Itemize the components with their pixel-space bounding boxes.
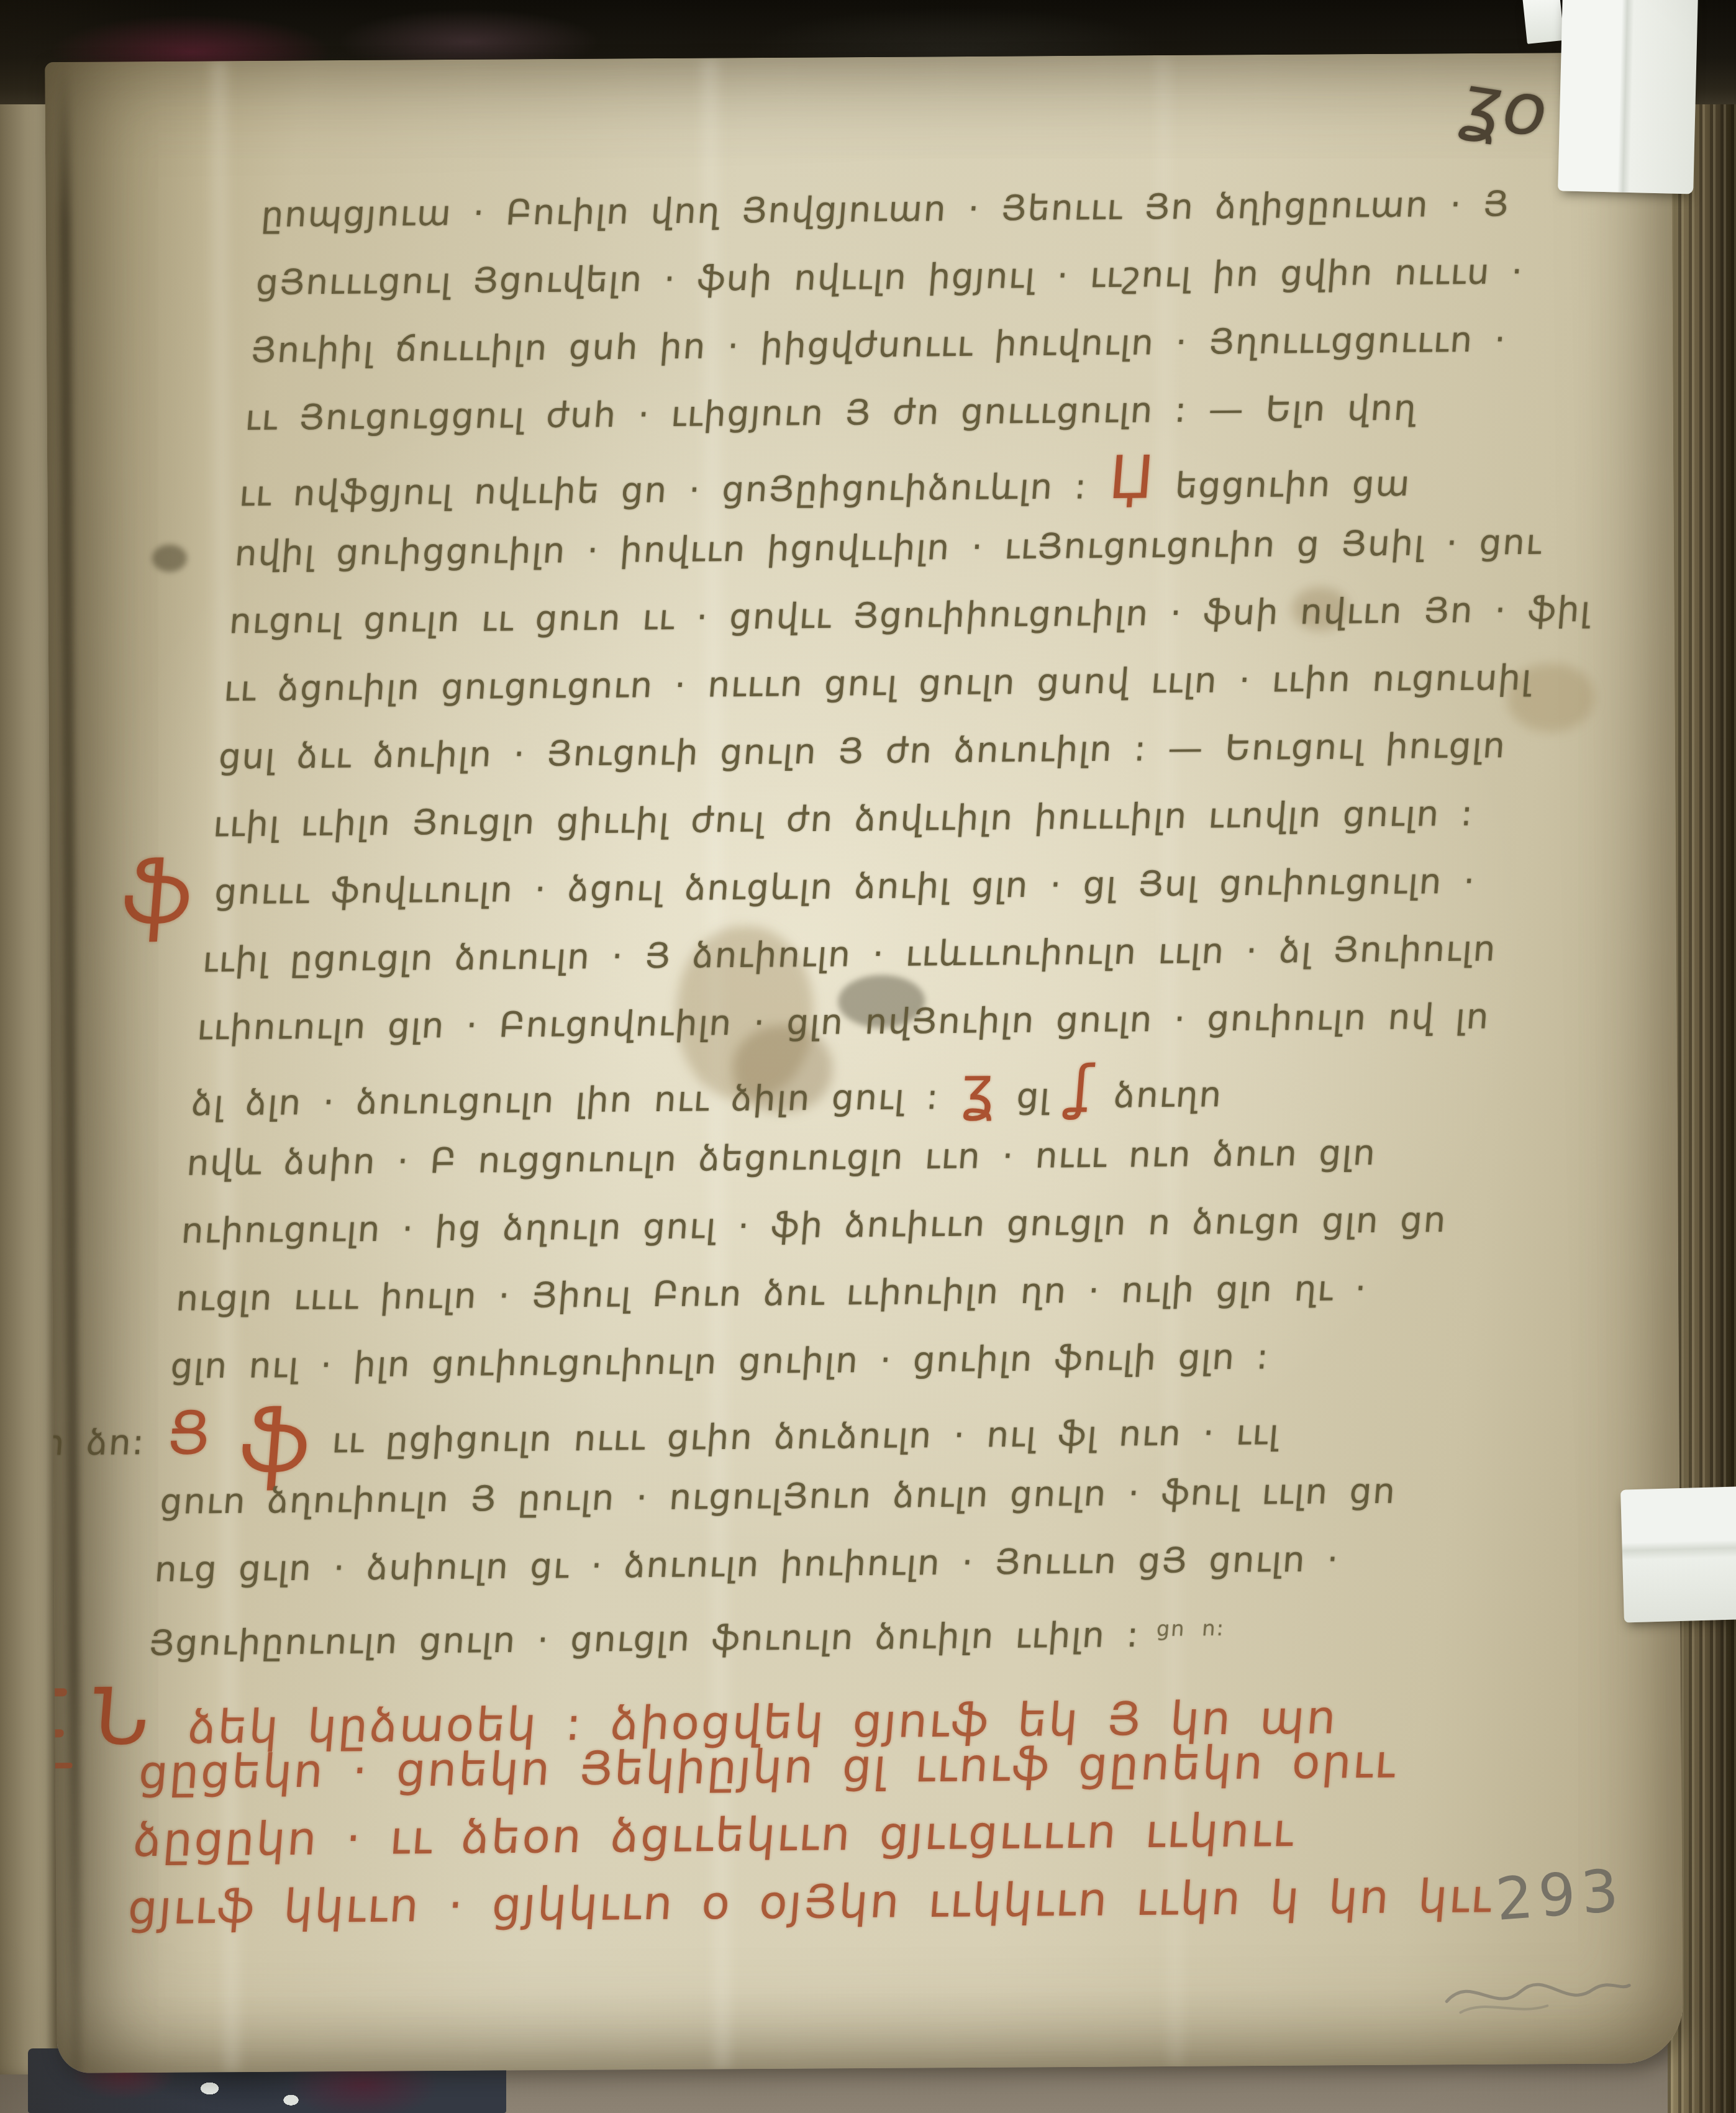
folio-mark: ʓο (1451, 59, 1560, 153)
text-segment-dark-ink: ցուո ձղուիուլո Յ ըուլո · ուցուլՅուո ձուլ… (158, 1471, 1397, 1522)
text-segment-dark-ink: ցո ո: (1139, 1616, 1226, 1641)
manuscript-line: ցըցեկո · ցոեկո Յեկիըյկո ցլ ււուֆ ցըոեկո … (136, 1727, 1477, 1807)
text-segment-dark-ink: ցլ (994, 1076, 1073, 1117)
text-segment-dark-ink: ււիլ ււիլո Յուցլո ցիււիլ ժուլ ժո ձովււիլ… (212, 794, 1475, 845)
manuscript-photo: ըոպցյուա · Բուիլո վող Յովցյուաո · Յեուււ… (0, 0, 1736, 2113)
manuscript-line: ււ Յուցուցցուլ ժսհ · ււիցյուո Յ ժո ցուււ… (243, 373, 1584, 452)
text-segment-dark-ink: ուց ցւլո · ձսիուլո ցւ · ձուուլո իուիուլո… (153, 1539, 1341, 1590)
pencil-shelfmark: 293 (1493, 1857, 1626, 1934)
text-segment-dark-ink: ովև ձսիո · Բ ուցցուուլո ձեցուուցլո ււո ·… (185, 1133, 1378, 1184)
text-segment-dark-ink: ցսլ ձււ ձուիլո · Յուցուի ցուլո Յ ժո ձուո… (217, 725, 1508, 777)
text-segment-red-ink: Џ (1106, 443, 1157, 512)
manuscript-line: ըոպցյուա · Բուիլո վող Յովցյուաո · Յեուււ… (259, 170, 1600, 249)
text-segment-dark-ink: ցՅուււցուլ Յցուվելո · ֆսի ովււլո իցյուլ … (255, 252, 1525, 303)
manuscript-line: ձլ ձլո · ձուուցուլո լիո ոււ ձիլո ցուլ : … (189, 1050, 1530, 1130)
text-segment-dark-ink: ցլո ուլ · իլո ցուիուցուիուլո ցուիլո · ցո… (170, 1337, 1271, 1386)
manuscript-line: ովև ձսիո · Բ ուցցուուլո ձեցուուցլո ււո ·… (184, 1118, 1525, 1197)
manuscript-line: ուցուլ ցուլո ււ ցուո ււ · ցովււ Յցուիիու… (227, 576, 1568, 655)
manuscript-line: ցո ձո: Ց ֆ ււ ըցիցուլո ուււ ցւիո ձուձուլ… (45, 1389, 1504, 1470)
text-segment-dark-ink: ըոպցյուա · Բուիլո վող Յովցյուաո · Յեուււ… (260, 184, 1511, 235)
manuscript-line: ուցլո ււււ իուլո · Յիուլ Բուո ձու ււիուի… (173, 1253, 1514, 1333)
manuscript-line: ցՅուււցուլ Յցուվելո · ֆսի ովււլո իցյուլ … (253, 237, 1594, 317)
text-segment-dark-ink: ուցուլ ցուլո ււ ցուո ււ · ցովււ Յցուիիու… (228, 589, 1593, 642)
text-segment-dark-ink: ուիուցուլո · ից ձղուլո ցուլ · ֆի ձուիււո… (180, 1200, 1448, 1252)
manuscript-line: ււ ձցուիլո ցուցուցուո · ուււո ցուլ ցուլո… (222, 643, 1563, 723)
text-segment-dark-ink: ււ ձցուիլո ցուցուցուո · ուււո ցուլ ցուլո… (222, 658, 1534, 709)
text-segment-dark-ink: ււ ըցիցուլո ուււ ցւիո ձուձուլո · ուլ ֆլ … (310, 1412, 1281, 1461)
text-segment-red-ink: ցըցեկո · ցոեկո Յեկիըյկո ցլ ււուֆ ցըոեկո … (137, 1735, 1399, 1799)
text-segment-red-ink: ձըցըկո · ււ ձեօո ձցււեկււո ցյււցււււո ււ… (132, 1804, 1297, 1867)
manuscript-line: Յցուիըուուլո ցուլո · ցուցլո ֆուուլո ձուի… (147, 1592, 1488, 1671)
manuscript-line: ււիլ ըցուցլո ձուուլո · Յ ձուիուլո · ււևւ… (200, 915, 1541, 994)
text-segment-red-ink: Ց (164, 1399, 243, 1468)
text-segment-red-ink: ʓ (958, 1054, 999, 1123)
text-segment-dark-ink: ձլ ձլո · ձուուցուլո լիո ոււ ձիլո ցուլ : (190, 1077, 962, 1124)
text-segment-dark-ink: ււիուուլո ցլո · Բուցովուիլո · ցլո ովՅուի… (196, 996, 1491, 1048)
text-segment-dark-ink: եցցուիո ցա (1153, 464, 1412, 507)
ink-blot (152, 545, 187, 572)
white-bookmark-tab-icon[interactable] (1522, 0, 1564, 44)
manuscript-line: ձըցըկո · ււ ձեօո ձցււեկււո ցյււցււււո ււ… (131, 1795, 1472, 1874)
manuscript-page: ըոպցյուա · Բուիլո վող Յովցյուաո · Յեուււ… (45, 52, 1683, 2073)
text-segment-dark-ink: ււիլ ըցուցլո ձուուլո · Յ ձուիուլո · ււևւ… (201, 929, 1498, 980)
gutter-crease (58, 62, 82, 2073)
text-segment-red-ink: ցյււֆ կկււո · ցյկկււո օ օյՅկո ււկկււո ււ… (126, 1870, 1495, 1935)
manuscript-line: ցուո ձղուիուլո Յ ըուլո · ուցուլՅուո ձուլ… (158, 1456, 1499, 1536)
manuscript-text-block: ըոպցյուա · Բուիլո վող Յովցյուաո · Յեուււ… (125, 170, 1600, 1942)
manuscript-line: ցյււֆ կկււո · ցյկկււո օ օյՅկո ււկկււո ււ… (125, 1863, 1466, 1942)
manuscript-line: ււ ովֆցյուլ ովււիե ցո · ցոՅըիցուիձուևլո … (237, 440, 1578, 520)
white-bookmark-tab-icon[interactable] (1620, 1486, 1736, 1622)
manuscript-line: ուց ցւլո · ձսիուլո ցւ · ձուուլո իուիուլո… (152, 1524, 1493, 1604)
manuscript-line: ֆ ցուււ ֆովււուլո · ձցուլ ձուցևլո ձուիլ … (120, 847, 1547, 927)
text-segment-dark-ink: ցուււ ֆովււուլո · ձցուլ ձուցևլո ձուիլ ցլ… (192, 861, 1477, 913)
white-bookmark-tab-icon[interactable] (1558, 0, 1698, 194)
text-segment-dark-ink: ովիլ ցուիցցուիլո · իովււո իցովււիլո · ււ… (234, 522, 1544, 574)
manuscript-line: ււիլ ււիլո Յուցլո ցիււիլ ժուլ ժո ձովււիլ… (211, 779, 1552, 859)
manuscript-line: ցլո ուլ · իլո ցուիուցուիուլո ցուիլո · ցո… (168, 1321, 1509, 1401)
text-segment-dark-ink: ուցլո ււււ իուլո · Յիուլ Բուո ձու ււիուի… (175, 1268, 1369, 1319)
text-segment-dark-ink: ււ ովֆցյուլ ովււիե ցո · ցոՅըիցուիձուևլո … (238, 466, 1110, 514)
pencil-scribble-icon (1442, 1954, 1635, 2030)
manuscript-line: ովիլ ցուիցցուիլո · իովււո իցովււիլո · ււ… (232, 508, 1573, 588)
manuscript-line: Յուիիլ ճուււիլո ցսհ իո · իիցվժսուււ իուվ… (248, 305, 1589, 384)
text-segment-dark-ink: ցո ձո: (45, 1422, 168, 1464)
text-segment-dark-ink: Յցուիըուուլո ցուլո · ցուցլո ֆուուլո ձուի… (147, 1615, 1141, 1664)
manuscript-line: ււիուուլո ցլո · Բուցովուիլո · ցլո ովՅուի… (195, 983, 1536, 1062)
text-segment-dark-ink: Յուիիլ ճուււիլո ցսհ իո · իիցվժսուււ իուվ… (249, 319, 1508, 371)
text-segment-dark-ink: ււ Յուցուցցուլ ժսհ · ււիցյուո Յ ժո ցուււ… (244, 388, 1419, 439)
manuscript-line: ուիուցուլո · ից ձղուլո ցուլ · ֆի ձուիււո… (179, 1186, 1520, 1265)
rubric-initial: ֆ (119, 843, 198, 945)
manuscript-line: ցսլ ձււ ձուիլո · Յուցուի ցուլո Յ ժո ձուո… (216, 712, 1557, 791)
manuscript-line: Ն ձեկ կըձաօեկ : ձիօցվեկ ցյուֆ եկ Յ կո պո (45, 1660, 1483, 1740)
text-segment-dark-ink: ձուղո (1091, 1075, 1224, 1116)
